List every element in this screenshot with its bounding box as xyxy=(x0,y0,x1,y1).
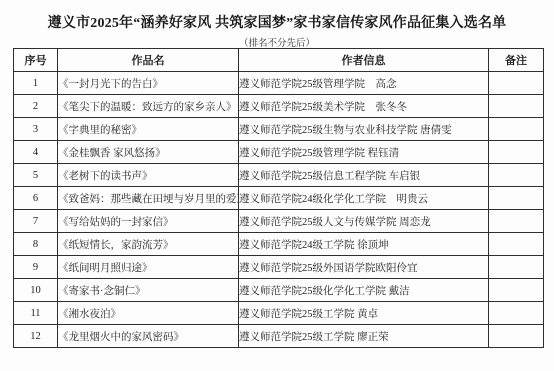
author-info-cell: 遵义师范学院24级化学化工学院 明贵云 xyxy=(239,187,489,210)
page-title: 遵义市2025年“涵养好家风 共筑家国梦”家书家信传家风作品征集入选名单 xyxy=(0,0,554,32)
serial-cell: 11 xyxy=(14,302,58,325)
work-title-cell: 《笔尖下的温暖：致远方的家乡亲人》 xyxy=(58,95,239,118)
remark-cell xyxy=(489,302,544,325)
author-info-cell: 遵义师范学院25级外国语学院欧阳伶宜 xyxy=(239,256,489,279)
author-info-cell: 遵义师范学院25级化学化工学院 戴洁 xyxy=(239,279,489,302)
work-title-cell: 《寄家书·念铜仁》 xyxy=(58,279,239,302)
work-title-cell: 《金桂飘香 家风悠扬》 xyxy=(58,141,239,164)
work-title-cell: 《老树下的读书声》 xyxy=(58,164,239,187)
work-title-cell: 《字典里的秘密》 xyxy=(58,118,239,141)
header-cell-author-info: 作者信息 xyxy=(239,49,489,72)
work-title-cell: 《龙里烟火中的家风密码》 xyxy=(58,325,239,348)
serial-cell: 8 xyxy=(14,233,58,256)
serial-cell: 4 xyxy=(14,141,58,164)
table-row: 5《老树下的读书声》遵义师范学院25级信息工程学院 车启银 xyxy=(14,164,544,187)
document-page: 遵义市2025年“涵养好家风 共筑家国梦”家书家信传家风作品征集入选名单 （排名… xyxy=(0,0,554,371)
serial-cell: 9 xyxy=(14,256,58,279)
work-title-cell: 《纸间明月照归途》 xyxy=(58,256,239,279)
author-info-cell: 遵义师范学院25级美术学院 张冬冬 xyxy=(239,95,489,118)
author-info-cell: 遵义师范学院25级生物与农业科技学院 唐倩雯 xyxy=(239,118,489,141)
remark-cell xyxy=(489,256,544,279)
table-row: 11《湘水夜泊》遵义师范学院25级工学院 黄卓 xyxy=(14,302,544,325)
work-title-cell: 《致爸妈：那些藏在田埂与岁月里的爱》 xyxy=(58,187,239,210)
author-info-cell: 遵义师范学院25级人文与传媒学院 周恋龙 xyxy=(239,210,489,233)
remark-cell xyxy=(489,233,544,256)
table-row: 8《纸短情长，家韵流芳》遵义师范学院24级工学院 徐顶坤 xyxy=(14,233,544,256)
remark-cell xyxy=(489,210,544,233)
table-row: 7《写给姑妈的一封家信》遵义师范学院25级人文与传媒学院 周恋龙 xyxy=(14,210,544,233)
serial-cell: 10 xyxy=(14,279,58,302)
serial-cell: 2 xyxy=(14,95,58,118)
table-body: 1《一封月光下的告白》遵义师范学院25级管理学院 高念2《笔尖下的温暖：致远方的… xyxy=(14,72,544,348)
serial-cell: 7 xyxy=(14,210,58,233)
remark-cell xyxy=(489,95,544,118)
author-info-cell: 遵义师范学院25级信息工程学院 车启银 xyxy=(239,164,489,187)
header-row: 序号 作品名 作者信息 备注 xyxy=(14,49,544,72)
remark-cell xyxy=(489,141,544,164)
header-cell-remark: 备注 xyxy=(489,49,544,72)
work-title-cell: 《湘水夜泊》 xyxy=(58,302,239,325)
serial-cell: 3 xyxy=(14,118,58,141)
header-cell-work-title: 作品名 xyxy=(58,49,239,72)
remark-cell xyxy=(489,325,544,348)
table-header: 序号 作品名 作者信息 备注 xyxy=(14,49,544,72)
remark-cell xyxy=(489,118,544,141)
table-row: 6《致爸妈：那些藏在田埂与岁月里的爱》遵义师范学院24级化学化工学院 明贵云 xyxy=(14,187,544,210)
serial-cell: 1 xyxy=(14,72,58,95)
work-title-cell: 《写给姑妈的一封家信》 xyxy=(58,210,239,233)
selection-list-table: 序号 作品名 作者信息 备注 1《一封月光下的告白》遵义师范学院25级管理学院 … xyxy=(13,48,544,348)
serial-cell: 6 xyxy=(14,187,58,210)
serial-cell: 5 xyxy=(14,164,58,187)
remark-cell xyxy=(489,187,544,210)
table-row: 10《寄家书·念铜仁》遵义师范学院25级化学化工学院 戴洁 xyxy=(14,279,544,302)
table-row: 12《龙里烟火中的家风密码》遵义师范学院25级工学院 廖正荣 xyxy=(14,325,544,348)
author-info-cell: 遵义师范学院25级管理学院 高念 xyxy=(239,72,489,95)
header-cell-serial: 序号 xyxy=(14,49,58,72)
table-row: 4《金桂飘香 家风悠扬》遵义师范学院25级管理学院 程钰清 xyxy=(14,141,544,164)
page-subtitle: （排名不分先后） xyxy=(0,32,554,49)
remark-cell xyxy=(489,72,544,95)
work-title-cell: 《纸短情长，家韵流芳》 xyxy=(58,233,239,256)
table-row: 3《字典里的秘密》遵义师范学院25级生物与农业科技学院 唐倩雯 xyxy=(14,118,544,141)
remark-cell xyxy=(489,164,544,187)
author-info-cell: 遵义师范学院25级工学院 廖正荣 xyxy=(239,325,489,348)
table-row: 9《纸间明月照归途》遵义师范学院25级外国语学院欧阳伶宜 xyxy=(14,256,544,279)
author-info-cell: 遵义师范学院24级工学院 徐顶坤 xyxy=(239,233,489,256)
remark-cell xyxy=(489,279,544,302)
table-row: 1《一封月光下的告白》遵义师范学院25级管理学院 高念 xyxy=(14,72,544,95)
work-title-cell: 《一封月光下的告白》 xyxy=(58,72,239,95)
table-row: 2《笔尖下的温暖：致远方的家乡亲人》遵义师范学院25级美术学院 张冬冬 xyxy=(14,95,544,118)
author-info-cell: 遵义师范学院25级工学院 黄卓 xyxy=(239,302,489,325)
author-info-cell: 遵义师范学院25级管理学院 程钰清 xyxy=(239,141,489,164)
serial-cell: 12 xyxy=(14,325,58,348)
